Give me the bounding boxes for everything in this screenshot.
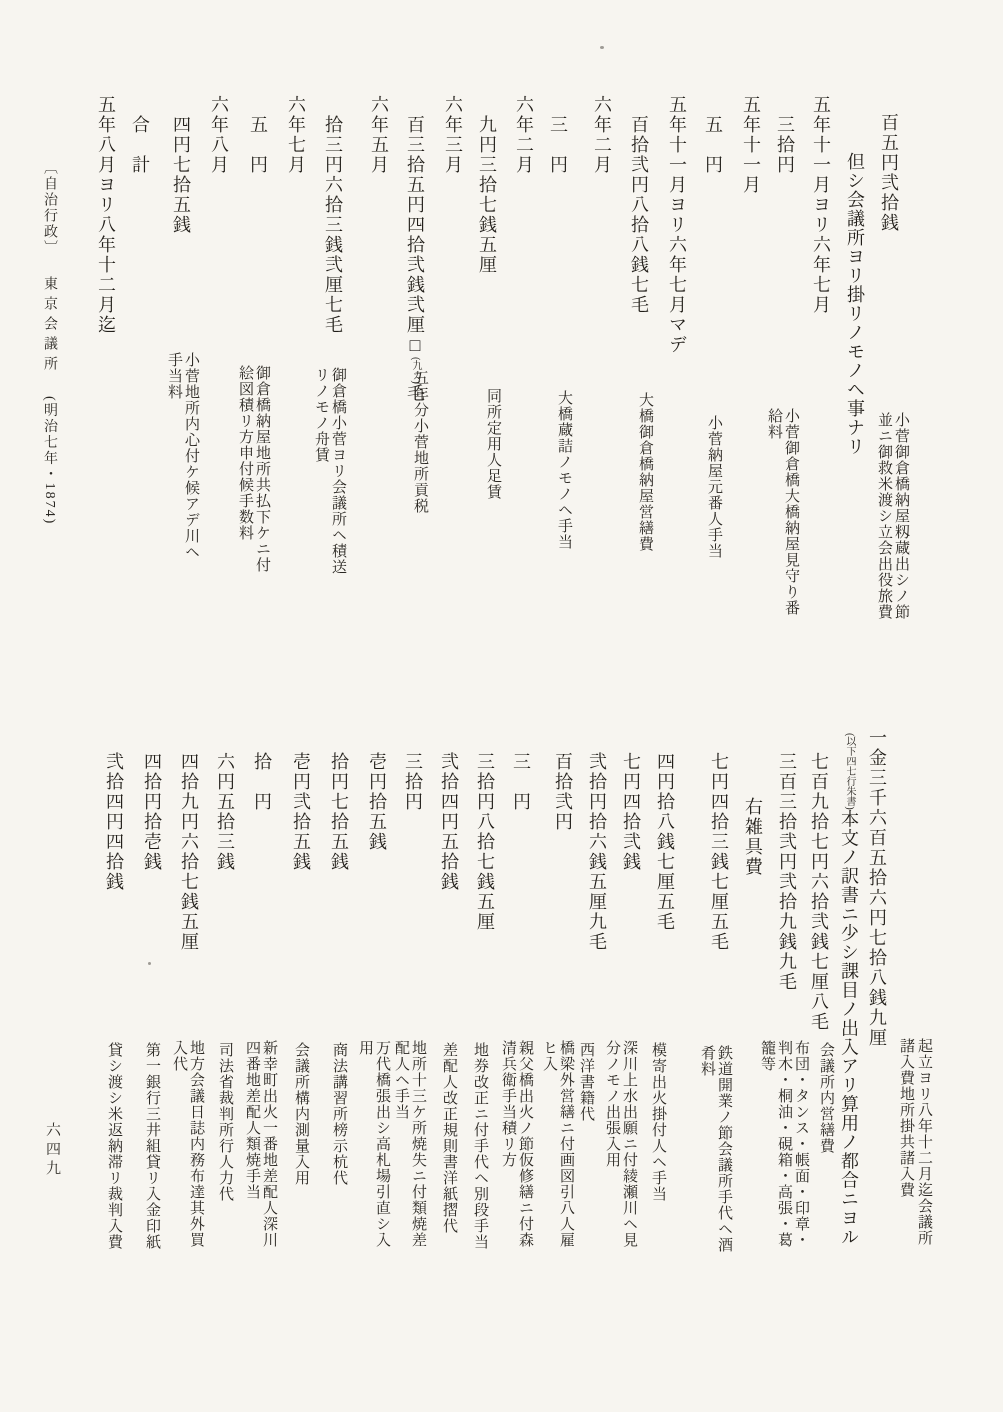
ledger-annotation: 深川上水出願ニ付綾瀬川ヘ見 [621,1040,636,1248]
ledger-amount: 四拾九円六拾七銭五厘 [180,752,198,952]
ledger-annotation: 絵図積リ方申付候手数料 [237,365,252,541]
ledger-annotation: 模寄出火掛付人ヘ手当 [650,1042,665,1202]
ledger-annotation: 小菅納屋元番人手当 [706,415,721,559]
red-ink-text: 本文ノ訳書ニ少シ課目ノ出入アリ算用ノ都合ニヨル [839,810,859,1247]
ledger-date: 六年八月 [210,95,228,175]
ledger-amount: 四円拾八銭七厘五毛 [656,752,674,932]
ledger-amount: 三 円 [512,752,530,812]
red-ink-note: (以下四七行朱書)本文ノ訳書ニ少シ課目ノ出入アリ算用ノ都合ニヨル [840,733,858,1247]
ledger-annotation: 万代橋張出シ高札場引直シ入 [374,1040,389,1248]
ledger-annotation: 第一銀行三井組貸リ入金印紙 [144,1042,159,1250]
ledger-annotation: 分ノモノ出張入用 [604,1040,619,1168]
source-year: (明治七年・1874) [42,396,57,525]
ledger-annotation: 小菅地所内心付ケ候アデ川ヘ [183,352,198,560]
ledger-annotation: 会議所内営繕費 [818,1042,833,1154]
ledger-annotation: 差配人改正規則書洋紙摺代 [441,1042,456,1234]
ledger-amount: 五 円 [704,115,722,175]
ledger-date: 五年十一月ヨリ六年七月マデ [668,95,686,355]
ledger-annotation: 司法省裁判所行人力代 [217,1042,232,1202]
total-label: 合 計 [131,115,149,175]
ledger-annotation: 並ニ御救米渡シ立会出役旅費 [876,412,891,620]
ledger-annotation: 諸入費地所掛共諸入費 [898,1038,913,1198]
ledger-annotation: 西洋書籍代 [578,1042,593,1122]
ledger-annotation: リノモノ舟賃 [313,367,328,463]
ledger-amount: 四円七拾五銭 [172,115,190,235]
ledger-amount: 七円四拾三銭七厘五毛 [710,752,728,952]
source-title: 東京会議所 [42,276,57,376]
ledger-annotation: 布団・タンス・帳面・印章・ [793,1040,808,1248]
ledger-annotation: 入代 [171,1040,186,1072]
ledger-annotation: 地方会議日誌内務布達其外買 [188,1040,203,1248]
ledger-annotation: 小菅御倉橋大橋納屋見守り番 [783,408,798,616]
ledger-annotation: 四番地差配人類焼手当 [244,1040,259,1200]
ledger-amount: 壱円弐拾五銭 [292,752,310,872]
ledger-amount: 三拾円 [404,752,422,812]
amount-main: 百三拾五円四拾弐銭弐厘□ [405,115,425,357]
ledger-amount: 百拾弐円八拾八銭七毛 [630,115,648,315]
ledger-amount: 三 円 [549,115,567,175]
source-bracket: 〔自治行政〕 [42,160,57,256]
ledger-amount: 百三拾五円四拾弐銭弐厘□(九カ)毛 [406,115,424,404]
ledger-annotation: 地所十三ケ所焼失ニ付類焼差 [410,1040,425,1248]
ledger-annotation: 判木・桐油・硯箱・高張・葛 [776,1040,791,1248]
paper-speck [600,46,604,49]
ledger-amount: 弐拾四円五拾銭 [440,752,458,892]
total-period: 五年八月ヨリ八年十二月迄 [97,95,115,335]
ledger-annotation: 大橋蔵詰ノモノヘ手当 [556,390,571,550]
ledger-annotation: 同所定用人足賃 [485,388,500,500]
ledger-annotation: 小菅御倉橋納屋籾蔵出シノ節 [893,412,908,620]
ledger-annotation: 肴料 [699,1045,714,1077]
ledger-annotation: 親父橋出火ノ節仮修繕ニ付森 [517,1040,532,1248]
grand-total-amount: 一金三千六百五拾六円七拾八銭九厘 [868,728,886,1048]
ledger-annotation: ヒ入 [541,1040,556,1072]
ledger-date: 六年二月 [515,95,533,175]
ledger-annotation: 清兵衛手当積リ方 [500,1040,515,1168]
ledger-annotation: 御倉橋小菅ヨリ会議所ヘ積送 [330,367,345,575]
scanned-document-page: 百五円弐拾銭 但シ会議所ヨリ掛リノモノヘ事ナリ 小菅御倉橋納屋籾蔵出シノ節 並ニ… [0,0,1003,1412]
ledger-amount: 百五円弐拾銭 [880,113,898,233]
ledger-amount: 七百九拾七円六拾弐銭七厘八毛 [810,752,828,1032]
ledger-amount: 七円四拾弐銭 [622,752,640,872]
ledger-amount: 三百三拾弐円弐拾九銭九毛 [778,752,796,992]
ledger-annotation: 起立ヨリ八年十二月迄会議所 [916,1038,931,1246]
proviso-note: 但シ会議所ヨリ掛リノモノヘ事ナリ [846,152,864,456]
ledger-annotation: 商法講習所榜示杭代 [331,1042,346,1186]
misc-label: 右雑具費 [744,797,762,877]
source-citation: 〔自治行政〕東京会議所(明治七年・1874) [42,160,56,525]
ledger-annotation: 五年分小菅地所貢税 [412,370,427,514]
ledger-date: 六年七月 [287,95,305,175]
page-number: 六四九 [44,1122,59,1179]
ledger-amount: 壱円拾五銭 [368,752,386,852]
ledger-annotation: 手当料 [166,352,181,400]
ledger-amount: 六円五拾三銭 [216,752,234,872]
ledger-amount: 四拾円拾壱銭 [143,752,161,872]
ledger-amount: 弐拾四円四拾銭 [105,752,123,892]
ledger-annotation: 鉄道開業ノ節会議所手代ヘ酒 [716,1045,731,1253]
ledger-annotation: 橋梁外営繕ニ付画図引八人雇 [558,1040,573,1248]
ledger-date: 六年二月 [593,95,611,175]
paper-speck [148,962,151,965]
ledger-annotation: 大橋御倉橋納屋営繕費 [637,392,652,552]
ledger-annotation: 給料 [766,408,781,440]
ledger-date: 五年十一月ヨリ六年七月 [812,95,830,315]
ledger-amount: 拾三円六拾三銭弐厘七毛 [324,115,342,335]
ledger-annotation: 用 [357,1040,372,1056]
ledger-date: 五年十一月 [742,95,760,195]
ledger-amount: 五 円 [249,115,267,175]
ledger-amount: 拾円七拾五銭 [330,752,348,872]
ledger-amount: 弐拾円拾六銭五厘九毛 [588,752,606,952]
ledger-date: 六年五月 [370,95,388,175]
ledger-amount: 九円三拾七銭五厘 [478,115,496,275]
ledger-date: 六年三月 [444,95,462,175]
ledger-annotation: 貸シ渡シ米返納滞リ裁判入費 [106,1042,121,1250]
ledger-amount: 三拾円八拾七銭五厘 [476,752,494,932]
ledger-annotation: 地券改正ニ付手代ヘ別段手当 [472,1042,487,1250]
ledger-annotation: 配人ヘ手当 [393,1040,408,1120]
ledger-annotation: 新幸町出火一番地差配人深川 [261,1040,276,1248]
ledger-amount: 三拾円 [776,115,794,175]
ledger-annotation: 御倉橋納屋地所共払下ケニ付 [254,365,269,573]
ledger-annotation: 会議所構内測量入用 [293,1042,308,1186]
ledger-amount: 百拾弐円 [554,752,572,832]
red-ink-marker: (以下四七行朱書) [844,733,855,810]
ledger-amount: 拾 円 [253,752,271,812]
ledger-annotation: 籠等 [759,1040,774,1072]
